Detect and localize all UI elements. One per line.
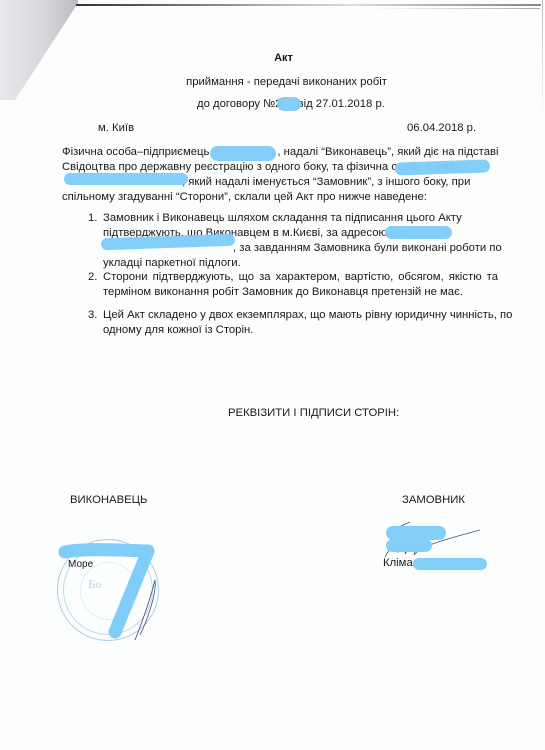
customer-name-fragment: Кліма [383,556,413,571]
redaction-contract-number [277,97,301,111]
redaction-customer-name-2 [64,173,188,185]
redaction-customer-signature-name [413,558,487,570]
document-subtitle: приймання - передачі виконаних робіт [14,75,545,90]
scan-top-edge-secondary [370,8,540,9]
document-date: 06.04.2018 р. [407,121,476,136]
signatures-heading: РЕКВІЗИТИ І ПІДПИСИ СТОРІН: [228,406,399,421]
intro-line-4: спільному згадуванні “Сторони”, склали ц… [62,190,500,205]
city: м. Київ [98,121,134,136]
scanned-document-page: Акт приймання - передачі виконаних робіт… [0,0,545,750]
item-number: 2. [88,270,97,285]
contract-date: від 27.01.2018 р. [298,98,385,110]
redaction-signature-2 [386,539,432,552]
item-number: 3. [88,308,97,323]
intro-line-1: Фізична особа–підприємець, надалі “Викон… [62,145,500,160]
contract-prefix: до договору № [197,98,275,110]
customer-label: ЗАМОВНИК [402,493,465,508]
redaction-address-street [385,226,452,239]
executor-signature-and-redaction [55,540,175,650]
list-item-2: Сторони підтверджують, що за характером,… [103,270,498,300]
redaction-signature-1 [386,526,446,540]
list-item-3: Цей Акт складено у двох екземплярах, що … [103,308,498,338]
document-title: Акт [11,51,545,66]
scan-top-edge [76,4,541,6]
item-number: 1. [88,211,97,226]
redaction-executor-name [210,146,276,161]
executor-label: ВИКОНАВЕЦЬ [70,493,147,508]
